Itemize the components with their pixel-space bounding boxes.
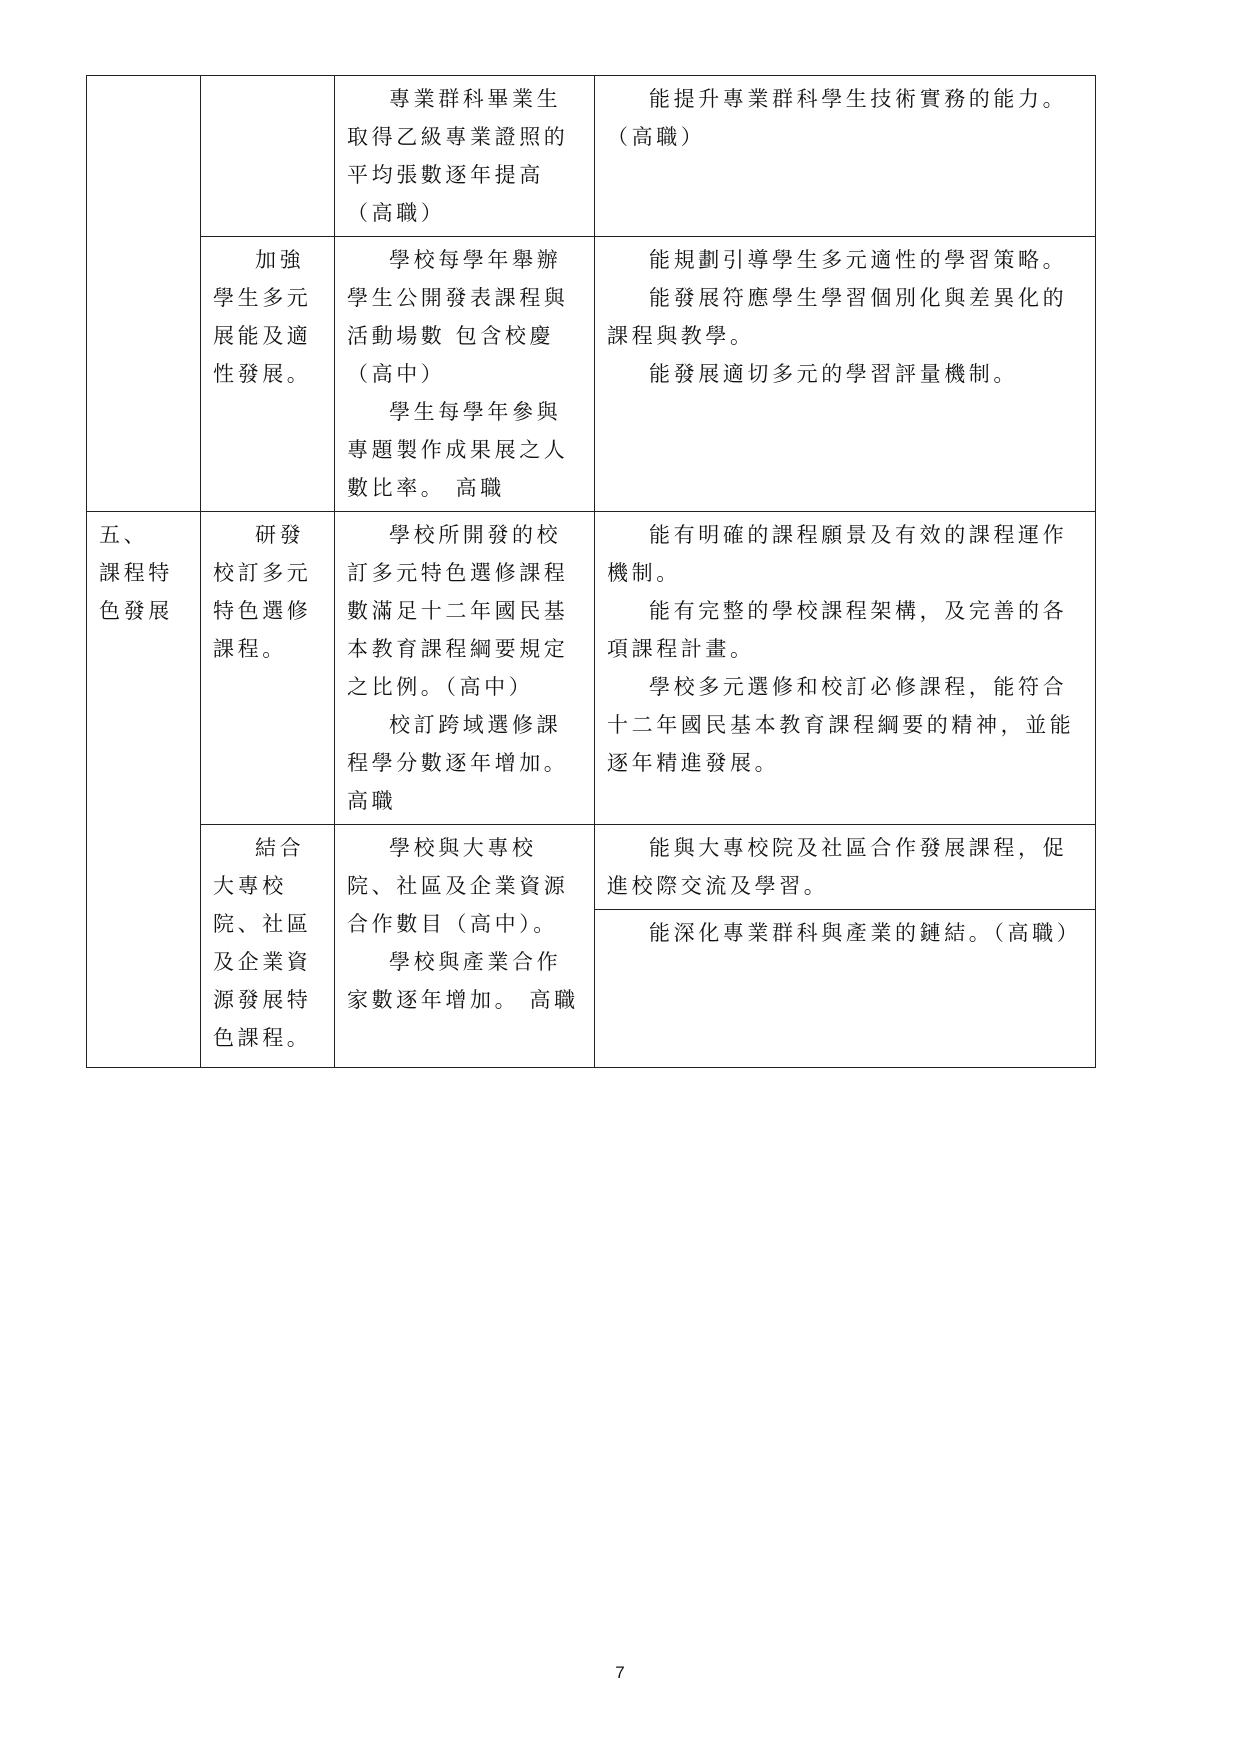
criteria-cell: 能提升專業群科學生技術實務的能力。（高職） bbox=[595, 76, 1096, 237]
criteria-cell: 能與大專校院及社區合作發展課程，促進校際交流及學習。 bbox=[595, 825, 1096, 910]
indicator-text: 校訂跨域選修課程學分數逐年增加。 高職 bbox=[347, 706, 584, 820]
indicator-text: 學校與大專校院、社區及企業資源合作數目（高中）。 bbox=[347, 829, 584, 943]
criteria-text: 學校多元選修和校訂必修課程，能符合十二年國民基本教育課程綱要的精神，並能逐年精進… bbox=[607, 668, 1085, 782]
document-page: 專業群科畢業生取得乙級專業證照的平均張數逐年提高（高職） 能提升專業群科學生技術… bbox=[0, 0, 1240, 1754]
indicator-text: 學校與產業合作家數逐年增加。 高職 bbox=[347, 943, 584, 1019]
criteria-text: 能發展符應學生學習個別化與差異化的課程與教學。 bbox=[607, 279, 1085, 355]
criteria-cell: 能深化專業群科與產業的鏈結。（高職） bbox=[595, 910, 1096, 1068]
criteria-text: 能有完整的學校課程架構，及完善的各項課程計畫。 bbox=[607, 592, 1085, 668]
item-cell: 研發校訂多元特色選修課程。 bbox=[201, 512, 335, 825]
criteria-cell: 能有明確的課程願景及有效的課程運作機制。 能有完整的學校課程架構，及完善的各項課… bbox=[595, 512, 1096, 825]
table-row: 結合大專校院、社區及企業資源發展特色課程。 學校與大專校院、社區及企業資源合作數… bbox=[87, 825, 1096, 910]
criteria-text: 能深化專業群科與產業的鏈結。（高職） bbox=[607, 914, 1085, 952]
criteria-text: 能提升專業群科學生技術實務的能力。（高職） bbox=[607, 80, 1085, 156]
indicator-text: 學生每學年參與專題製作成果展之人數比率。 高職 bbox=[347, 393, 584, 507]
evaluation-table: 專業群科畢業生取得乙級專業證照的平均張數逐年提高（高職） 能提升專業群科學生技術… bbox=[86, 75, 1096, 1068]
dimension-cell: 五、 課程特色發展 bbox=[87, 512, 201, 1068]
dimension-title: 課程特色發展 bbox=[99, 554, 190, 630]
item-cell: 加強學生多元展能及適性發展。 bbox=[201, 237, 335, 512]
criteria-text: 能發展適切多元的學習評量機制。 bbox=[607, 355, 1085, 393]
criteria-text: 能規劃引導學生多元適性的學習策略。 bbox=[607, 241, 1085, 279]
indicator-text: 學校每學年舉辦學生公開發表課程與活動場數 包含校慶（高中） bbox=[347, 241, 584, 393]
dimension-number: 五、 bbox=[99, 516, 190, 554]
indicator-cell: 專業群科畢業生取得乙級專業證照的平均張數逐年提高（高職） bbox=[335, 76, 595, 237]
indicator-cell: 學校與大專校院、社區及企業資源合作數目（高中）。 學校與產業合作家數逐年增加。 … bbox=[335, 825, 595, 1068]
table-row: 五、 課程特色發展 研發校訂多元特色選修課程。 學校所開發的校訂多元特色選修課程… bbox=[87, 512, 1096, 825]
criteria-text: 能有明確的課程願景及有效的課程運作機制。 bbox=[607, 516, 1085, 592]
indicator-text: 專業群科畢業生取得乙級專業證照的平均張數逐年提高（高職） bbox=[347, 80, 584, 232]
criteria-text: 能與大專校院及社區合作發展課程，促進校際交流及學習。 bbox=[607, 829, 1085, 905]
table-row: 加強學生多元展能及適性發展。 學校每學年舉辦學生公開發表課程與活動場數 包含校慶… bbox=[87, 237, 1096, 512]
indicator-cell: 學校每學年舉辦學生公開發表課程與活動場數 包含校慶（高中） 學生每學年參與專題製… bbox=[335, 237, 595, 512]
dimension-cell bbox=[87, 76, 201, 512]
indicator-text: 學校所開發的校訂多元特色選修課程數滿足十二年國民基本教育課程綱要規定之比例。（高… bbox=[347, 516, 584, 706]
item-cell bbox=[201, 76, 335, 237]
item-text: 研發校訂多元特色選修課程。 bbox=[213, 516, 324, 668]
item-cell: 結合大專校院、社區及企業資源發展特色課程。 bbox=[201, 825, 335, 1068]
criteria-cell: 能規劃引導學生多元適性的學習策略。 能發展符應學生學習個別化與差異化的課程與教學… bbox=[595, 237, 1096, 512]
item-text: 加強學生多元展能及適性發展。 bbox=[213, 241, 324, 393]
item-text: 結合大專校院、社區及企業資源發展特色課程。 bbox=[213, 829, 324, 1057]
table-row: 專業群科畢業生取得乙級專業證照的平均張數逐年提高（高職） 能提升專業群科學生技術… bbox=[87, 76, 1096, 237]
indicator-cell: 學校所開發的校訂多元特色選修課程數滿足十二年國民基本教育課程綱要規定之比例。（高… bbox=[335, 512, 595, 825]
page-number: 7 bbox=[0, 1663, 1240, 1683]
